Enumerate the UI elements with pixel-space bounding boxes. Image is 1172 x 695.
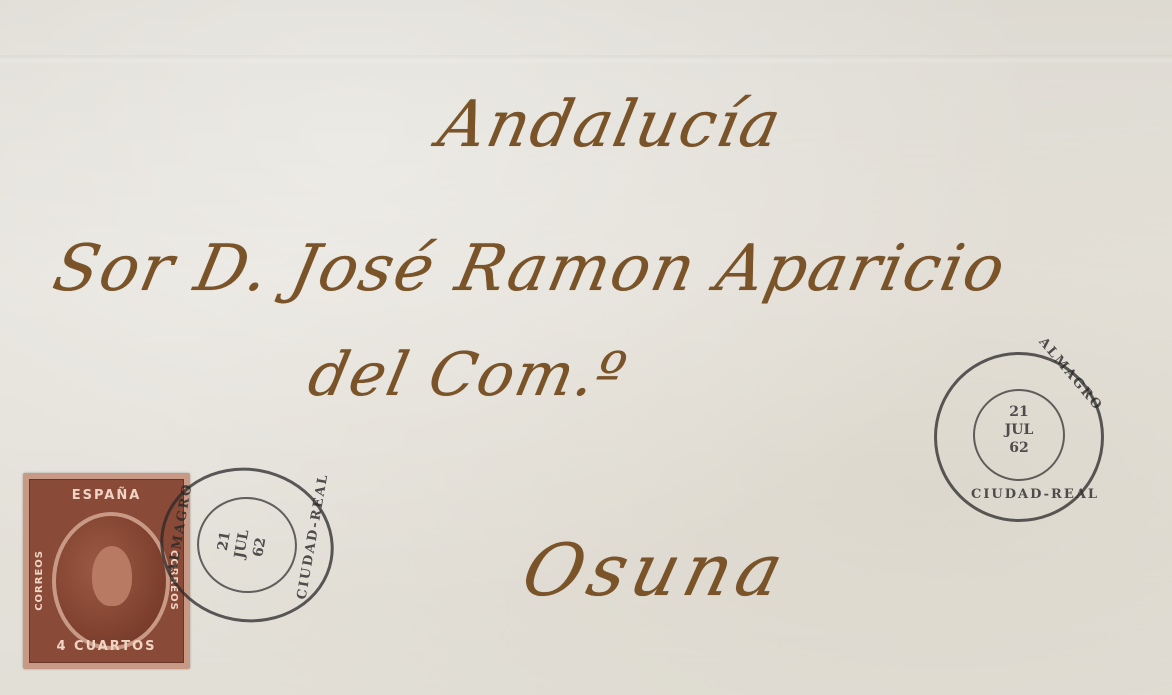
queen-portrait-icon bbox=[92, 546, 132, 606]
postmark-year: 62 bbox=[975, 441, 1063, 456]
address-title: del Com.º bbox=[303, 340, 634, 410]
postmark-province: CIUDAD-REAL bbox=[295, 472, 332, 601]
postmark-month: JUL bbox=[975, 423, 1063, 438]
address-recipient: Sor D. José Ramon Aparicio bbox=[47, 232, 1013, 306]
postmark-province: CIUDAD-REAL bbox=[971, 487, 1099, 502]
postmark-right: 21 JUL 62 ALMAGRO CIUDAD-REAL bbox=[934, 352, 1104, 522]
envelope: Andalucía Sor D. José Ramon Aparicio del… bbox=[0, 0, 1172, 695]
postmark-day: 21 bbox=[975, 405, 1063, 420]
address-region: Andalucía bbox=[432, 88, 788, 162]
stamp-value: 4 CUARTOS bbox=[30, 639, 183, 654]
postmark-inner-ring: 21 JUL 62 bbox=[973, 389, 1065, 481]
stamp-side-left: CORREOS bbox=[34, 550, 45, 611]
postmark-inner-ring: 21 JUL 62 bbox=[189, 489, 304, 601]
stamp-portrait-oval bbox=[52, 512, 170, 650]
stamp-frame: ESPAÑA CORREOS CORREOS 4 CUARTOS bbox=[29, 479, 184, 663]
paper-fold bbox=[0, 55, 1172, 65]
stamp-country: ESPAÑA bbox=[30, 488, 183, 503]
address-city: Osuna bbox=[515, 528, 798, 612]
